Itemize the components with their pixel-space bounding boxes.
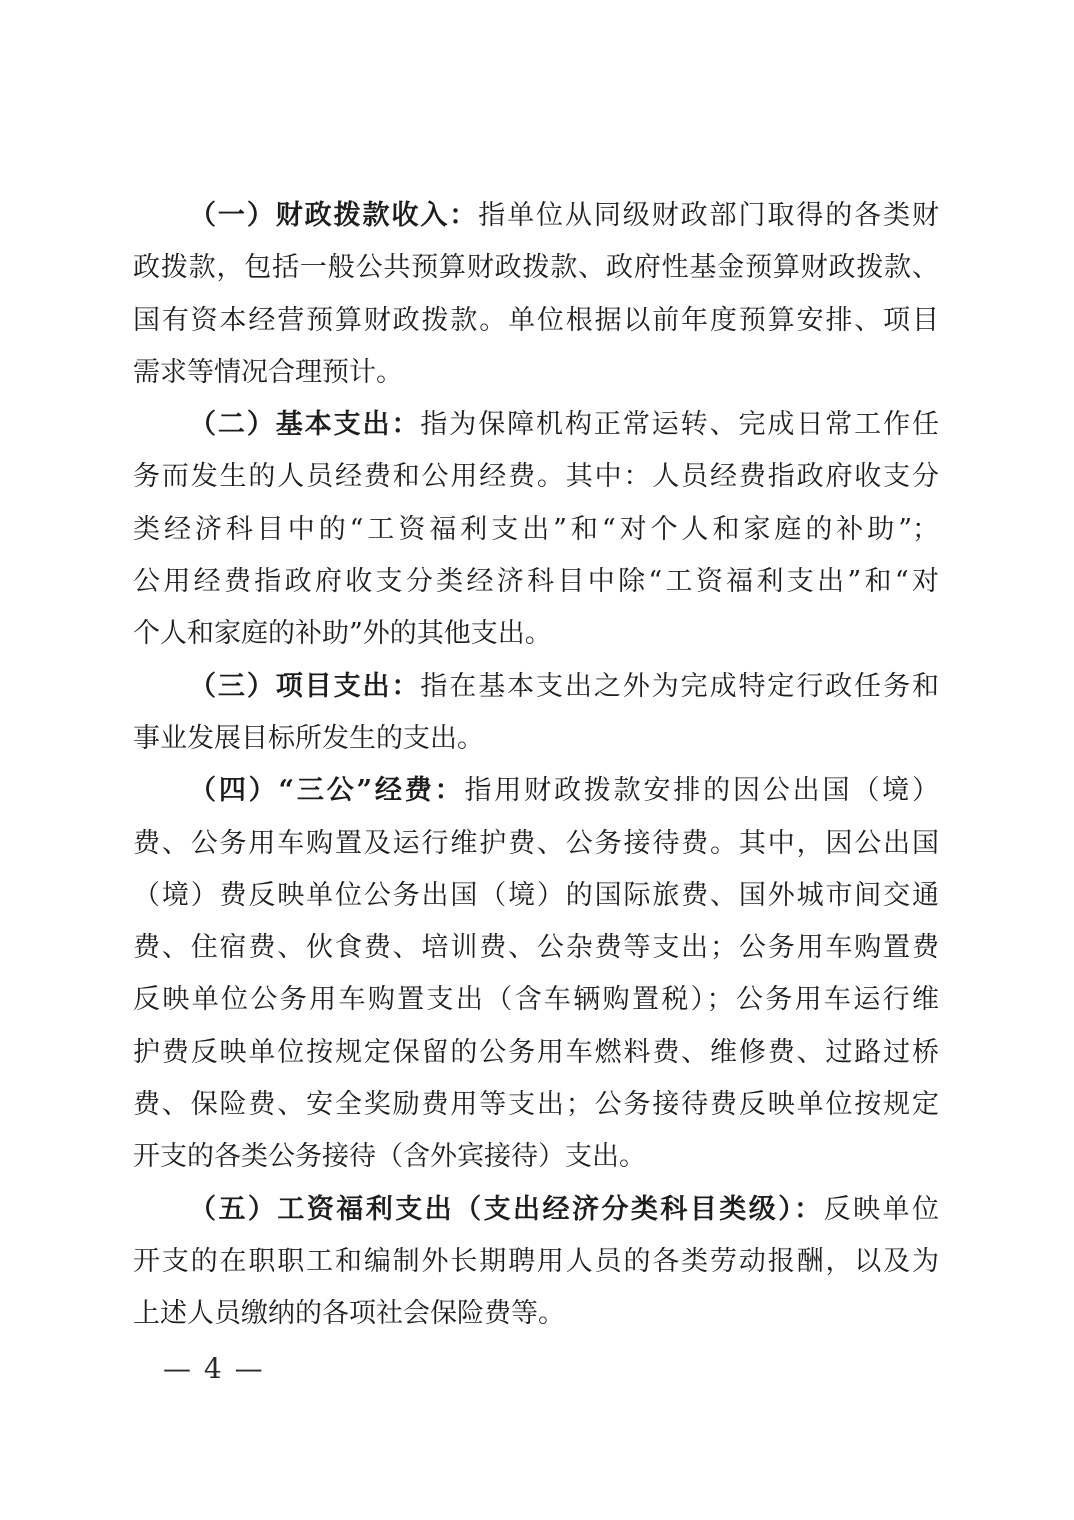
text-line: （境）费反映单位公务出国（境）的国际旅费、国外城市间交通 [133,870,939,922]
paragraph: （一）财政拨款收入：指单位从同级财政部门取得的各类财 政拨款，包括一般公共预算财… [133,190,939,399]
text-line: 个人和家庭的补助”外的其他支出。 [133,608,939,660]
text-run: 反映单位 [824,1194,939,1225]
text-line: （一）财政拨款收入：指单位从同级财政部门取得的各类财 [133,190,939,242]
text-line: 政拨款，包括一般公共预算财政拨款、政府性基金预算财政拨款、 [133,242,939,294]
page-number: — 4 — [163,1352,265,1386]
text-line: 公用经费指政府收支分类经济科目中除“工资福利支出”和“对 [133,556,939,608]
text-line: 费、保险费、安全奖励费用等支出；公务接待费反映单位按规定 [133,1079,939,1131]
paragraph-heading: （三）项目支出： [189,671,420,702]
text-line: （三）项目支出：指在基本支出之外为完成特定行政任务和 [133,661,939,713]
paragraph-heading: （四）“三公”经费： [189,775,464,806]
document-text-block: （一）财政拨款收入：指单位从同级财政部门取得的各类财 政拨款，包括一般公共预算财… [133,190,939,1341]
text-line: 费、公务用车购置及运行维护费、公务接待费。其中，因公出国 [133,818,939,870]
paragraph: （三）项目支出：指在基本支出之外为完成特定行政任务和 事业发展目标所发生的支出。 [133,661,939,766]
text-run: 指在基本支出之外为完成特定行政任务和 [420,671,939,702]
paragraph-heading: （五）工资福利支出（支出经济分类科目类级）： [189,1194,824,1225]
text-line: 开支的在职职工和编制外长期聘用人员的各类劳动报酬，以及为 [133,1236,939,1288]
text-run: 指用财政拨款安排的因公出国（境） [464,775,939,806]
text-line: （二）基本支出：指为保障机构正常运转、完成日常工作任 [133,399,939,451]
text-run: 指为保障机构正常运转、完成日常工作任 [420,409,939,440]
text-line: （四）“三公”经费：指用财政拨款安排的因公出国（境） [133,765,939,817]
paragraph: （四）“三公”经费：指用财政拨款安排的因公出国（境） 费、公务用车购置及运行维护… [133,765,939,1183]
text-line: 国有资本经营预算财政拨款。单位根据以前年度预算安排、项目 [133,295,939,347]
text-line: 上述人员缴纳的各项社会保险费等。 [133,1288,939,1340]
text-line: 费、住宿费、伙食费、培训费、公杂费等支出；公务用车购置费 [133,922,939,974]
text-line: 务而发生的人员经费和公用经费。其中：人员经费指政府收支分 [133,451,939,503]
paragraph-heading: （二）基本支出： [189,409,420,440]
text-line: 开支的各类公务接待（含外宾接待）支出。 [133,1131,939,1183]
text-run: 指单位从同级财政部门取得的各类财 [478,200,939,231]
text-line: 类经济科目中的“工资福利支出”和“对个人和家庭的补助”； [133,504,939,556]
document-page: （一）财政拨款收入：指单位从同级财政部门取得的各类财 政拨款，包括一般公共预算财… [0,0,1074,1520]
text-line: 事业发展目标所发生的支出。 [133,713,939,765]
text-line: 需求等情况合理预计。 [133,347,939,399]
paragraph-heading: （一）财政拨款收入： [189,200,478,231]
paragraph: （二）基本支出：指为保障机构正常运转、完成日常工作任 务而发生的人员经费和公用经… [133,399,939,660]
text-line: 护费反映单位按规定保留的公务用车燃料费、维修费、过路过桥 [133,1027,939,1079]
text-line: （五）工资福利支出（支出经济分类科目类级）：反映单位 [133,1184,939,1236]
paragraph: （五）工资福利支出（支出经济分类科目类级）：反映单位 开支的在职职工和编制外长期… [133,1184,939,1341]
text-line: 反映单位公务用车购置支出（含车辆购置税）；公务用车运行维 [133,974,939,1026]
